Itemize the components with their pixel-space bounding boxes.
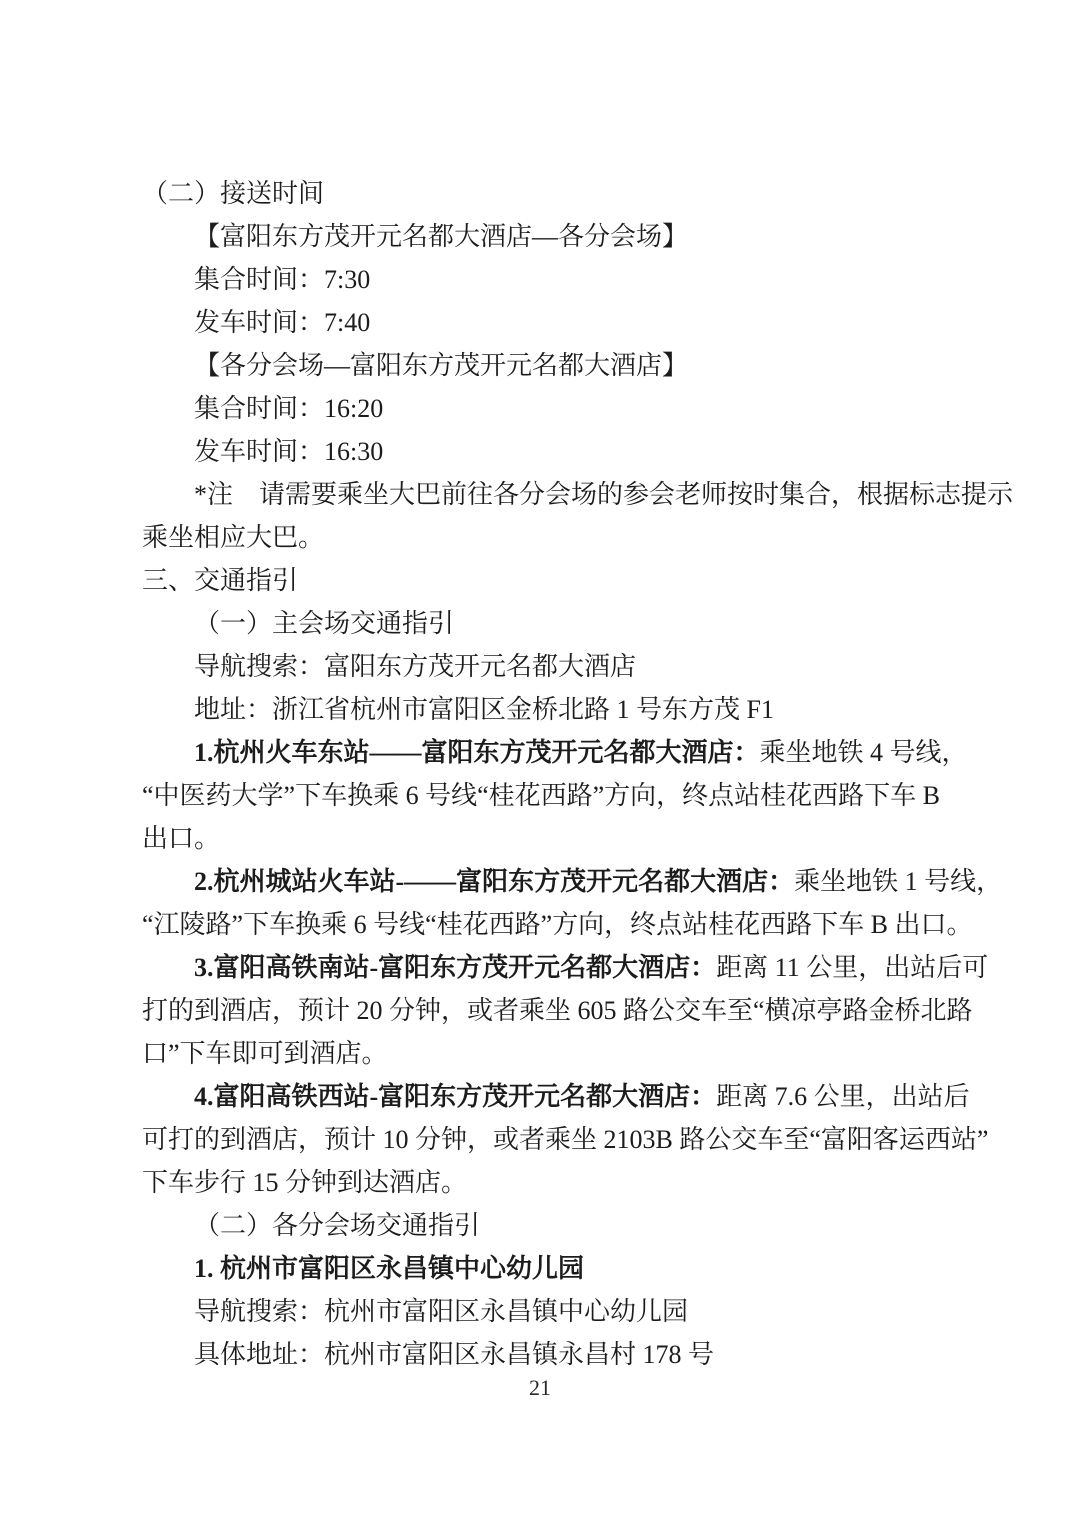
text-segment: （二）各分会场交通指引: [194, 1211, 480, 1240]
text-segment: 地址：浙江省杭州市富阳区金桥北路 1 号东方茂 F1: [194, 695, 774, 724]
text-segment: 导航搜索：富阳东方茂开元名都大酒店: [194, 652, 636, 681]
branch-venue-1-nav-search: 导航搜索：杭州市富阳区永昌镇中心幼儿园: [142, 1290, 938, 1333]
route-item-4-line-3: 下车步行 15 分钟到达酒店。: [142, 1161, 938, 1204]
route-item-1-line-1: 1.杭州火车东站——富阳东方茂开元名都大酒店：乘坐地铁 4 号线，: [142, 731, 938, 774]
route-item-1-line-3: 出口。: [142, 817, 938, 860]
emphasis-text: 4.富阳高铁西站-富阳东方茂开元名都大酒店：: [194, 1082, 716, 1111]
route-item-3-line-1: 3.富阳高铁南站-富阳东方茂开元名都大酒店：距离 11 公里，出站后可: [142, 946, 938, 989]
text-segment: 集合时间：7:30: [194, 265, 370, 294]
text-segment: 发车时间：16:30: [194, 437, 383, 466]
text-segment: “中医药大学”下车换乘 6 号线“桂花西路”方向，终点站桂花西路下车 B: [142, 781, 940, 810]
route-item-4-line-1: 4.富阳高铁西站-富阳东方茂开元名都大酒店：距离 7.6 公里，出站后: [142, 1075, 938, 1118]
bus-route-1-assembly-time: 集合时间：7:30: [142, 258, 938, 301]
branch-venue-1-address: 具体地址：杭州市富阳区永昌镇永昌村 178 号: [142, 1333, 938, 1376]
main-venue-address: 地址：浙江省杭州市富阳区金桥北路 1 号东方茂 F1: [142, 688, 938, 731]
text-segment: 【富阳东方茂开元名都大酒店—各分会场】: [194, 222, 688, 251]
text-segment: 可打的到酒店，预计 10 分钟，或者乘坐 2103B 路公交车至“富阳客运西站”: [142, 1125, 988, 1154]
emphasis-text: 1. 杭州市富阳区永昌镇中心幼儿园: [194, 1254, 584, 1283]
route-item-2-line-2: “江陵路”下车换乘 6 号线“桂花西路”方向，终点站桂花西路下车 B 出口。: [142, 903, 938, 946]
text-segment: 集合时间：16:20: [194, 394, 383, 423]
text-segment: 乘坐地铁 1 号线，: [794, 867, 1002, 896]
document-body: （二）接送时间【富阳东方茂开元名都大酒店—各分会场】集合时间：7:30发车时间：…: [142, 172, 938, 1376]
route-item-3-line-3: 口”下车即可到酒店。: [142, 1032, 938, 1075]
text-segment: 打的到酒店，预计 20 分钟，或者乘坐 605 路公交车至“横凉亭路金桥北路: [142, 996, 973, 1025]
text-segment: “江陵路”下车换乘 6 号线“桂花西路”方向，终点站桂花西路下车 B 出口。: [142, 910, 973, 939]
emphasis-text: 1.杭州火车东站——富阳东方茂开元名都大酒店：: [194, 738, 760, 767]
route-item-3-line-2: 打的到酒店，预计 20 分钟，或者乘坐 605 路公交车至“横凉亭路金桥北路: [142, 989, 938, 1032]
text-segment: 距离 7.6 公里，出站后: [716, 1082, 970, 1111]
subsection-heading-main-venue: （一）主会场交通指引: [142, 602, 938, 645]
bus-route-1-heading: 【富阳东方茂开元名都大酒店—各分会场】: [142, 215, 938, 258]
emphasis-text: 3.富阳高铁南站-富阳东方茂开元名都大酒店：: [194, 953, 716, 982]
branch-venue-1-title: 1. 杭州市富阳区永昌镇中心幼儿园: [142, 1247, 938, 1290]
text-segment: 【各分会场—富阳东方茂开元名都大酒店】: [194, 351, 688, 380]
text-segment: 三、交通指引: [142, 566, 298, 595]
text-segment: 下车步行 15 分钟到达酒店。: [142, 1168, 467, 1197]
text-segment: 导航搜索：杭州市富阳区永昌镇中心幼儿园: [194, 1297, 688, 1326]
note-line-1: *注 请需要乘坐大巴前往各分会场的参会老师按时集合，根据标志提示: [142, 473, 938, 516]
section-heading-pickup-time: （二）接送时间: [142, 172, 938, 215]
text-segment: （二）接送时间: [142, 179, 324, 208]
note-line-2: 乘坐相应大巴。: [142, 516, 938, 559]
bus-route-2-departure-time: 发车时间：16:30: [142, 430, 938, 473]
text-segment: （一）主会场交通指引: [194, 609, 454, 638]
text-segment: 口”下车即可到酒店。: [142, 1039, 388, 1068]
text-segment: 乘坐地铁 4 号线，: [760, 738, 968, 767]
text-segment: 距离 11 公里，出站后可: [716, 953, 988, 982]
emphasis-text: 2.杭州城站火车站-——富阳东方茂开元名都大酒店：: [194, 867, 794, 896]
bus-route-1-departure-time: 发车时间：7:40: [142, 301, 938, 344]
section-heading-traffic-guide: 三、交通指引: [142, 559, 938, 602]
route-item-1-line-2: “中医药大学”下车换乘 6 号线“桂花西路”方向，终点站桂花西路下车 B: [142, 774, 938, 817]
page-number: 21: [0, 1372, 1080, 1404]
route-item-2-line-1: 2.杭州城站火车站-——富阳东方茂开元名都大酒店：乘坐地铁 1 号线，: [142, 860, 938, 903]
text-segment: 具体地址：杭州市富阳区永昌镇永昌村 178 号: [194, 1340, 714, 1369]
text-segment: *注 请需要乘坐大巴前往各分会场的参会老师按时集合，根据标志提示: [194, 480, 1013, 509]
bus-route-2-assembly-time: 集合时间：16:20: [142, 387, 938, 430]
bus-route-2-heading: 【各分会场—富阳东方茂开元名都大酒店】: [142, 344, 938, 387]
text-segment: 乘坐相应大巴。: [142, 523, 324, 552]
document-page: （二）接送时间【富阳东方茂开元名都大酒店—各分会场】集合时间：7:30发车时间：…: [0, 0, 1080, 1527]
text-segment: 发车时间：7:40: [194, 308, 370, 337]
subsection-heading-branch-venues: （二）各分会场交通指引: [142, 1204, 938, 1247]
main-venue-nav-search: 导航搜索：富阳东方茂开元名都大酒店: [142, 645, 938, 688]
text-segment: 出口。: [142, 824, 220, 853]
route-item-4-line-2: 可打的到酒店，预计 10 分钟，或者乘坐 2103B 路公交车至“富阳客运西站”: [142, 1118, 938, 1161]
